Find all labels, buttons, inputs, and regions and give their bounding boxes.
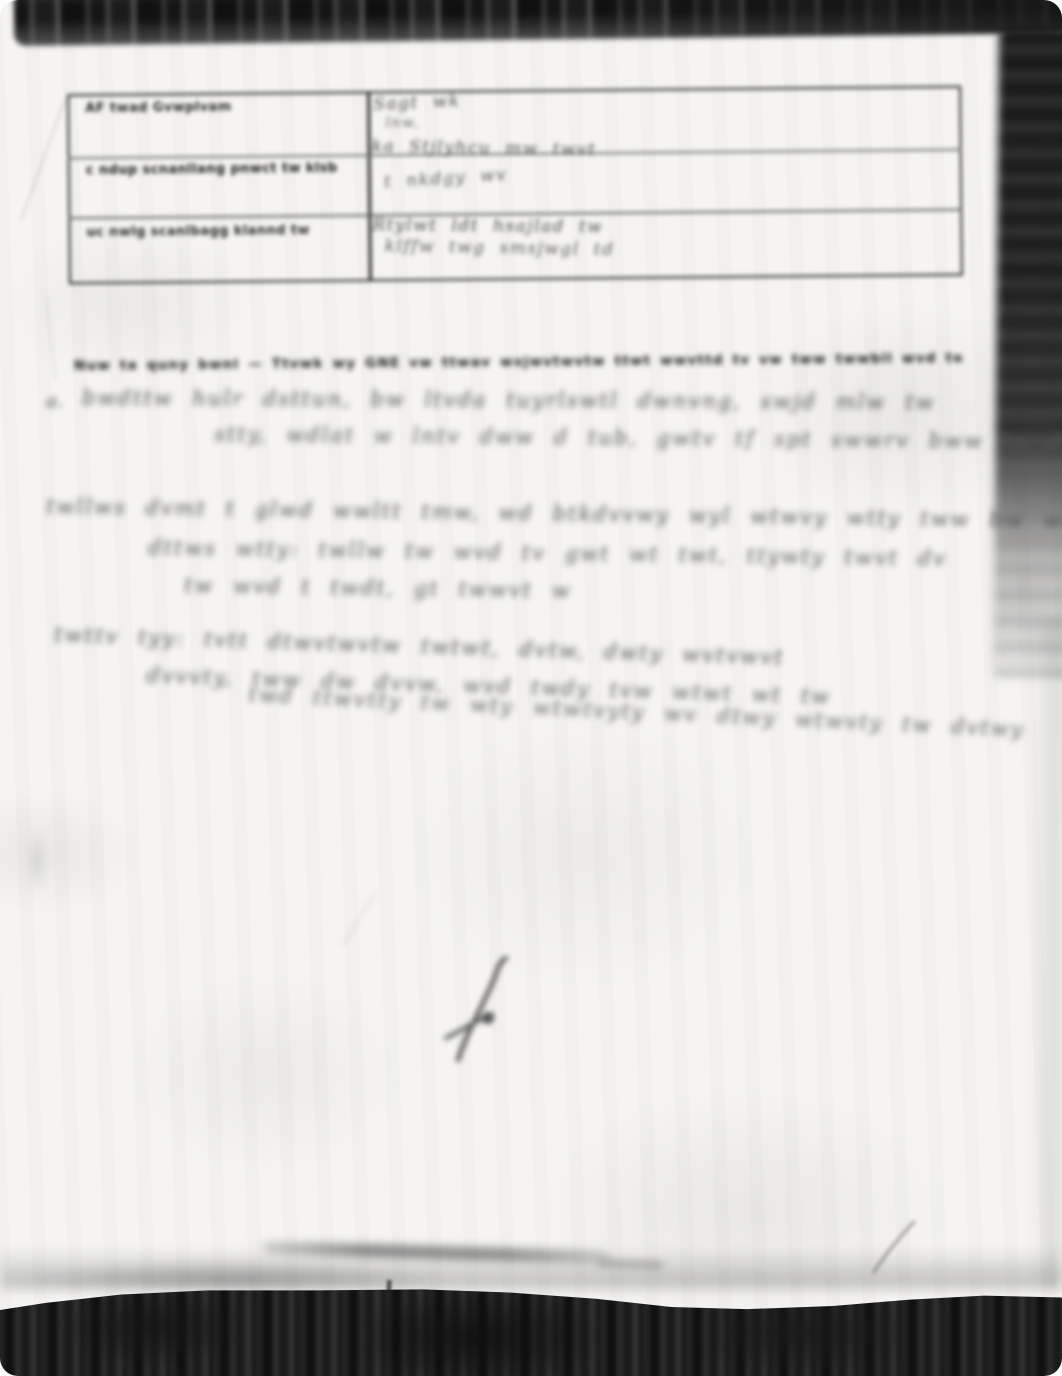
scan-top-edge (14, 0, 1062, 46)
crease-line (20, 100, 66, 221)
table-row-1-handwritten-value: lnw, (385, 115, 419, 131)
handwriting-item-1-line-1: bwdttw hulr dsttun, bw ltvda tuyrlswtl d… (82, 386, 936, 414)
table-row-1-handwritten-value: Sagt wk (373, 91, 461, 115)
handwriting-item-2-line-3: tw wvd t twdt, gt twwvt w (184, 573, 572, 602)
right-edge-shadow (1032, 620, 1062, 1286)
handwriting-item-2-line-1: twllws dvmt t glwd wwltt tmw, wd btkdvvw… (46, 494, 1062, 533)
worksheet-page: AF twad Gvwplvam c ndup scnanllang pnwct… (0, 0, 1062, 1376)
crease-line (46, 296, 57, 380)
table-row-1-label: AF twad Gvwplvam (85, 100, 232, 116)
item-1-marker: a. (46, 390, 63, 412)
scanned-document-photo: AF twad Gvwplvam c ndup scnanllang pnwct… (0, 0, 1062, 1376)
smudge-mark (342, 892, 377, 946)
table-row-2-label: c ndup scnanllang pnwct tw klsb (86, 161, 338, 178)
handwriting-item-2-line-2: dttws wtty: twllw tw wvd tv gwt wt twt, … (148, 535, 947, 570)
table-row-3-handwritten-value: klffw twg smsjwgl td (384, 236, 614, 260)
pen-scribble-mark (438, 956, 530, 1068)
table-row-3-label: uc nwlg scanlbagg klannd tw (86, 223, 310, 240)
bottom-edge-shadow (0, 1248, 1062, 1288)
handwriting-item-3-line-1: twttv tyy: tvtt dtwvtwvtw twtwt, dvtw, d… (54, 623, 785, 670)
scan-top-edge-shading (14, 0, 1062, 46)
smudge-mark (30, 828, 44, 894)
worksheet-heading: Nuw ta quny bwnl — Ttvwk wy GNE vw ttwav… (74, 350, 962, 379)
header-table: AF twad Gvwplvam c ndup scnanllang pnwct… (67, 86, 963, 285)
scan-right-edge (993, 28, 1062, 679)
scan-bottom-edge (0, 1280, 1062, 1376)
scan-right-edge-texture (993, 28, 1062, 679)
table-row-3-handwritten-value: Rtylwt ldt hsajlad tw (372, 215, 603, 237)
table-row-2-handwritten-value: ka Stjlyhcu mw twvt (371, 136, 596, 160)
handwriting-item-1-line-2: stty, wdlat w lntv dww d tub, gwtv tf sp… (214, 422, 1062, 454)
